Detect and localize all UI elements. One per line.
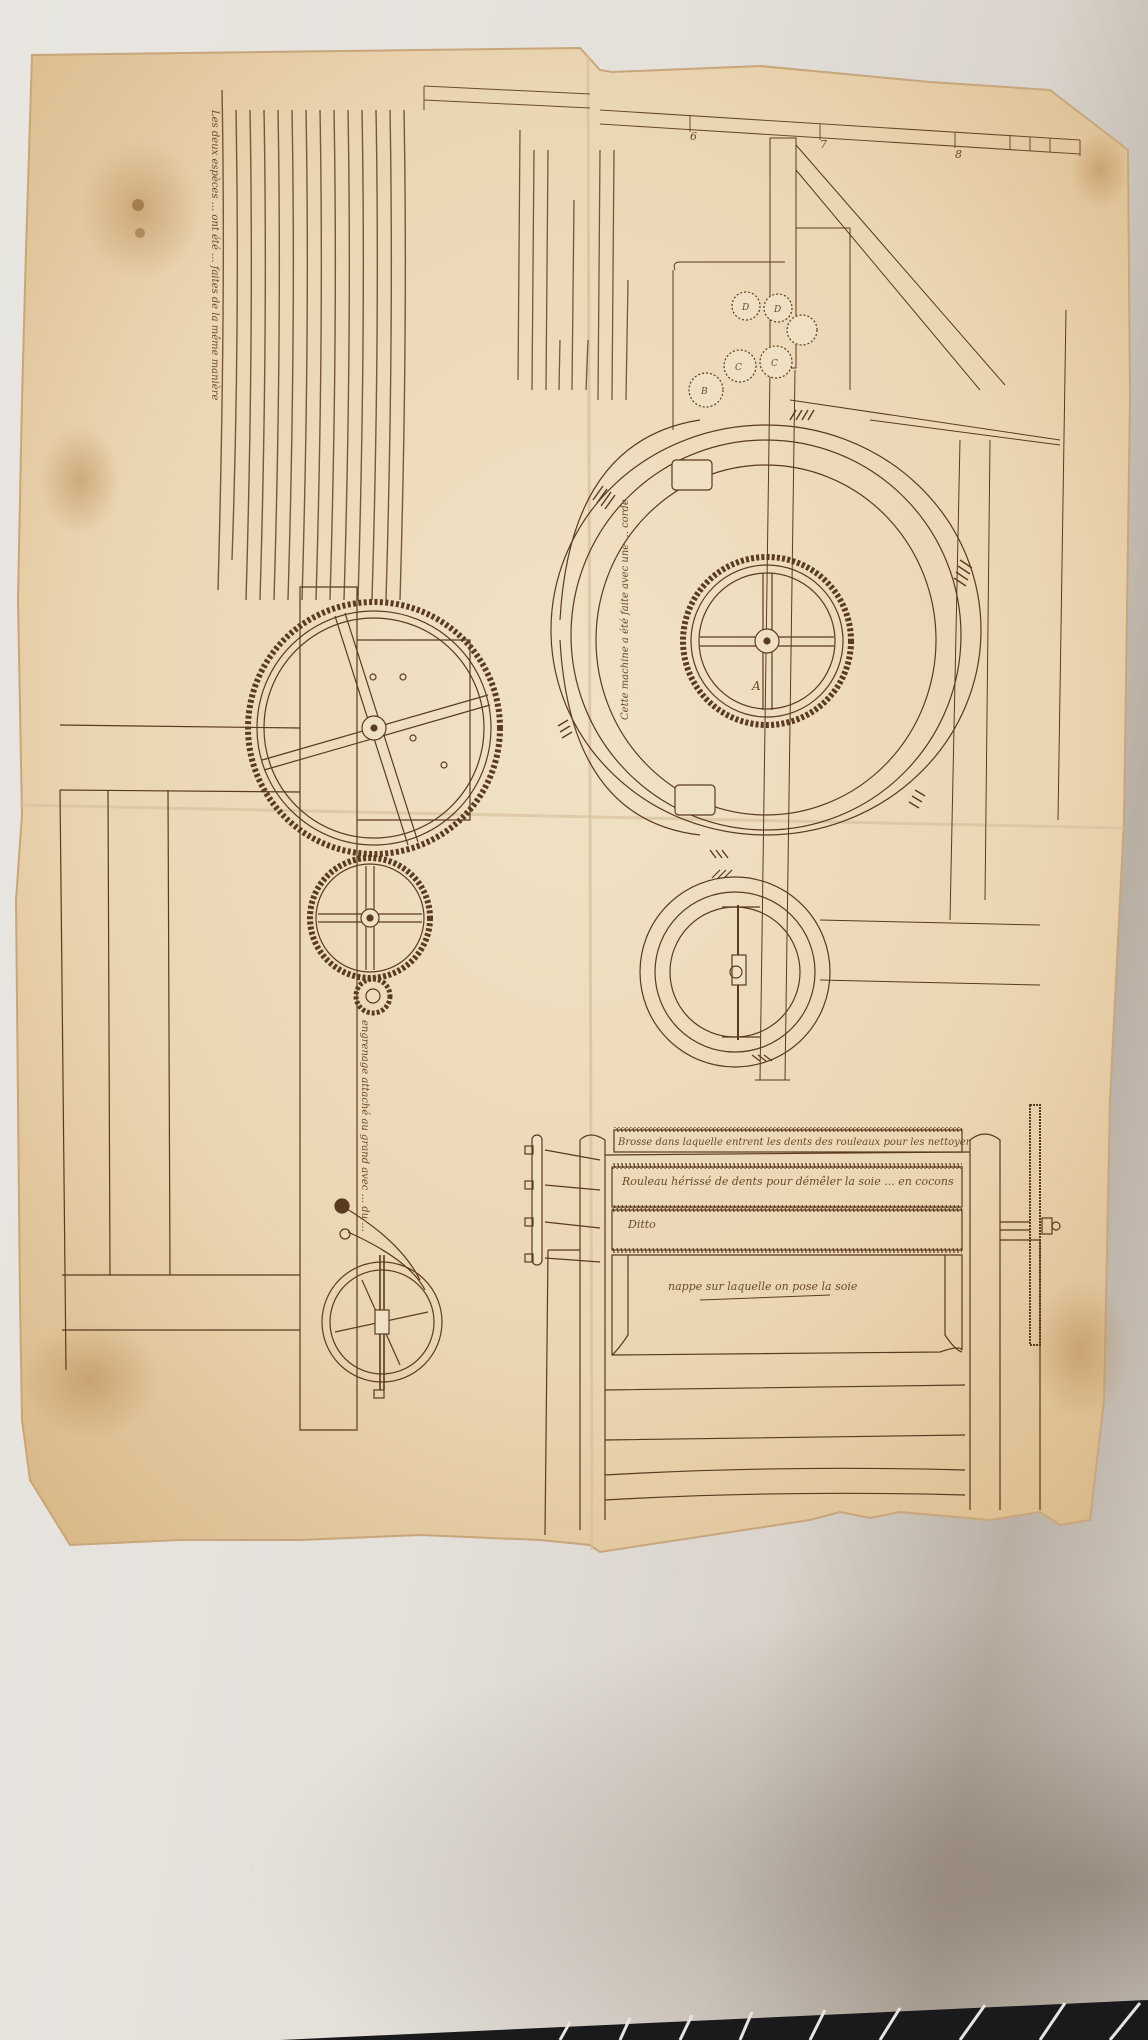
gear-label: C	[735, 363, 742, 373]
scale-label-6: 6	[690, 130, 697, 143]
table-note: nappe sur laquelle on pose la soie	[668, 1280, 858, 1293]
gear-icon	[787, 315, 817, 345]
main-circle-note: Cette machine a été faite avec une ... c…	[620, 499, 631, 720]
scale-label-8: 8	[955, 148, 962, 161]
gear-label: D	[741, 303, 749, 313]
roller-ditto-note: Ditto	[627, 1218, 656, 1231]
left-text-first-line: Les deux espèces ... ont été ... faites …	[209, 109, 220, 400]
gear-label: D	[773, 305, 781, 315]
pinion-note: engrenage attaché au grand avec ... du .…	[359, 1020, 370, 1232]
floor-edge	[280, 2000, 1148, 2040]
gear-label: B	[700, 387, 708, 397]
roller-top-note: Brosse dans laquelle entrent les dents d…	[617, 1137, 972, 1148]
gear-label: C	[771, 359, 778, 369]
roller-middle-note: Rouleau hérissé de dents pour démêler la…	[621, 1175, 954, 1188]
manuscript-photo: Les deux espèces ... ont été ... faites …	[0, 0, 1148, 2040]
gear-a-label: A	[751, 679, 761, 693]
scale-label-7: 7	[820, 138, 827, 151]
